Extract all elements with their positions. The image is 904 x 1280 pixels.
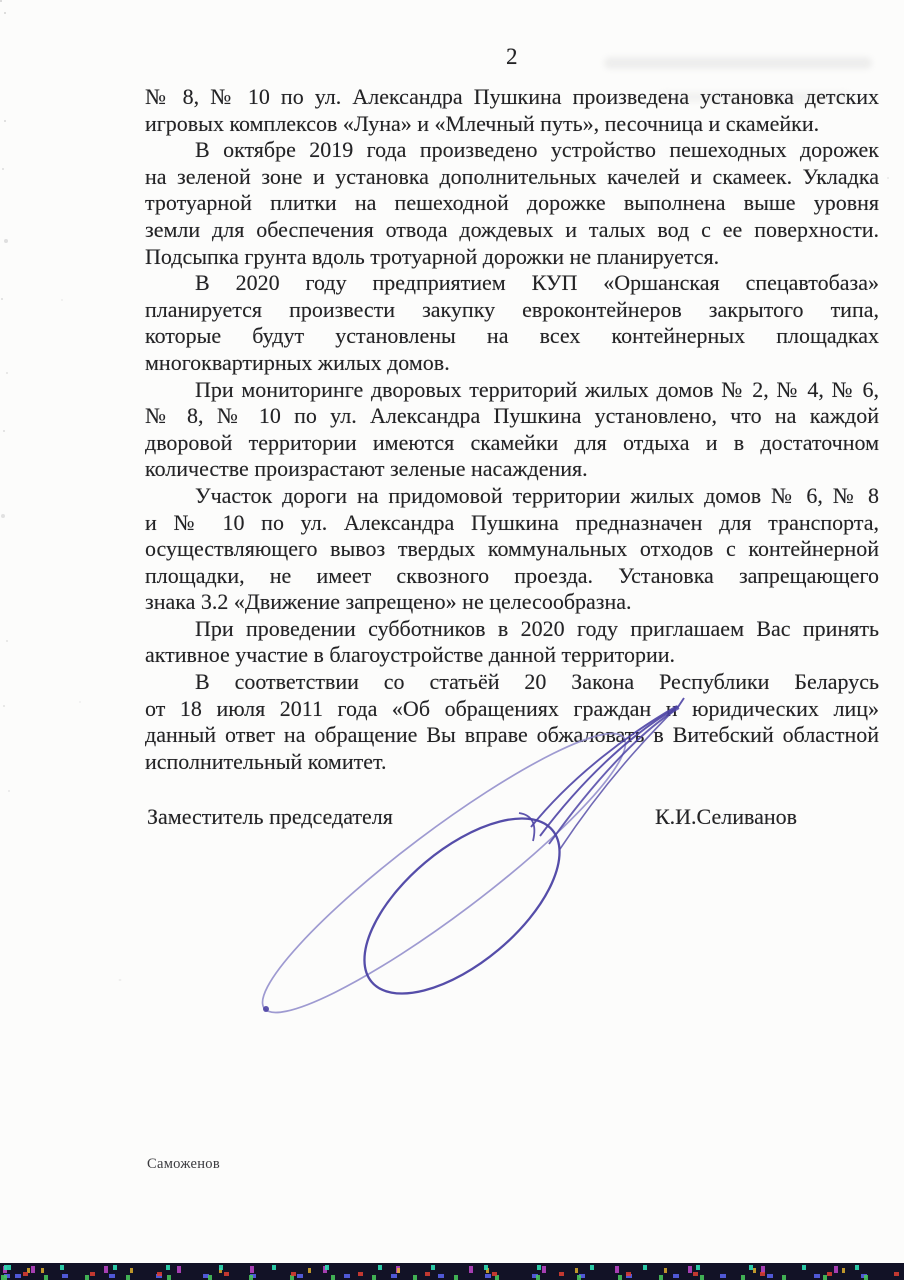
text-line: В 2020 году предприятием КУП «Оршанская … — [145, 270, 879, 297]
text-line: активное участие в благоустройстве данно… — [145, 642, 879, 669]
text-line: Участок дороги на придомовой территории … — [145, 483, 879, 510]
scan-glitch-strip — [0, 1263, 904, 1280]
signoff-name: К.И.Селиванов — [655, 804, 797, 830]
paragraph: В октябре 2019 года произведено устройст… — [145, 137, 879, 270]
text-line: на зеленой зоне и установка дополнительн… — [145, 164, 879, 191]
page-number: 2 — [145, 44, 879, 70]
text-line: от 18 июля 2011 года «Об обращениях граж… — [145, 696, 879, 723]
text-line: № 8, № 10 по ул. Александра Пушкина уста… — [145, 403, 879, 430]
paragraph: Участок дороги на придомовой территории … — [145, 483, 879, 616]
text-line: многоквартирных жилых домов. — [145, 350, 879, 377]
paragraph: В соответствии со статьёй 20 Закона Респ… — [145, 669, 879, 775]
text-line: количестве произрастают зеленые насажден… — [145, 456, 879, 483]
paragraph: При проведении субботников в 2020 году п… — [145, 616, 879, 669]
text-line: тротуарной плитки на пешеходной дорожке … — [145, 190, 879, 217]
signature-hook — [519, 813, 534, 841]
text-line: осуществляющего вывоз твердых коммунальн… — [145, 536, 879, 563]
paragraph: При мониторинге дворовых территорий жилы… — [145, 377, 879, 483]
text-line: данный ответ на обращение Вы вправе обжа… — [145, 722, 879, 749]
scan-specks — [0, 0, 2, 2]
text-line: которые будут установлены на всех контей… — [145, 323, 879, 350]
executor-name: Саможенов — [147, 1156, 220, 1173]
text-line: игровых комплексов «Луна» и «Млечный пут… — [145, 111, 879, 138]
text-line: площадки, не имеет сквозного проезда. Ус… — [145, 563, 879, 590]
signature-ink-dot — [263, 1006, 269, 1012]
text-line: В соответствии со статьёй 20 Закона Респ… — [145, 669, 879, 696]
document-page: { "document": { "page_number": "2", "par… — [0, 0, 904, 1280]
text-line: и № 10 по ул. Александра Пушкина предназ… — [145, 510, 879, 537]
paragraph: В 2020 году предприятием КУП «Оршанская … — [145, 270, 879, 376]
text-line: При мониторинге дворовых территорий жилы… — [145, 377, 879, 404]
text-line: исполнительный комитет. — [145, 749, 879, 776]
text-line: дворовой территории имеются скамейки для… — [145, 430, 879, 457]
text-line: планируется произвести закупку евроконте… — [145, 297, 879, 324]
text-line: В октябре 2019 года произведено устройст… — [145, 137, 879, 164]
text-line: № 8, № 10 по ул. Александра Пушкина прои… — [145, 84, 879, 111]
text-line: Подсыпка грунта вдоль тротуарной дорожки… — [145, 244, 879, 271]
signoff-title: Заместитель председателя — [147, 804, 393, 830]
text-line: При проведении субботников в 2020 году п… — [145, 616, 879, 643]
text-line: земли для обеспечения отвода дождевых и … — [145, 217, 879, 244]
body-text: № 8, № 10 по ул. Александра Пушкина прои… — [145, 84, 879, 775]
text-line: знака 3.2 «Движение запрещено» не целесо… — [145, 589, 879, 616]
paragraph: № 8, № 10 по ул. Александра Пушкина прои… — [145, 84, 879, 137]
